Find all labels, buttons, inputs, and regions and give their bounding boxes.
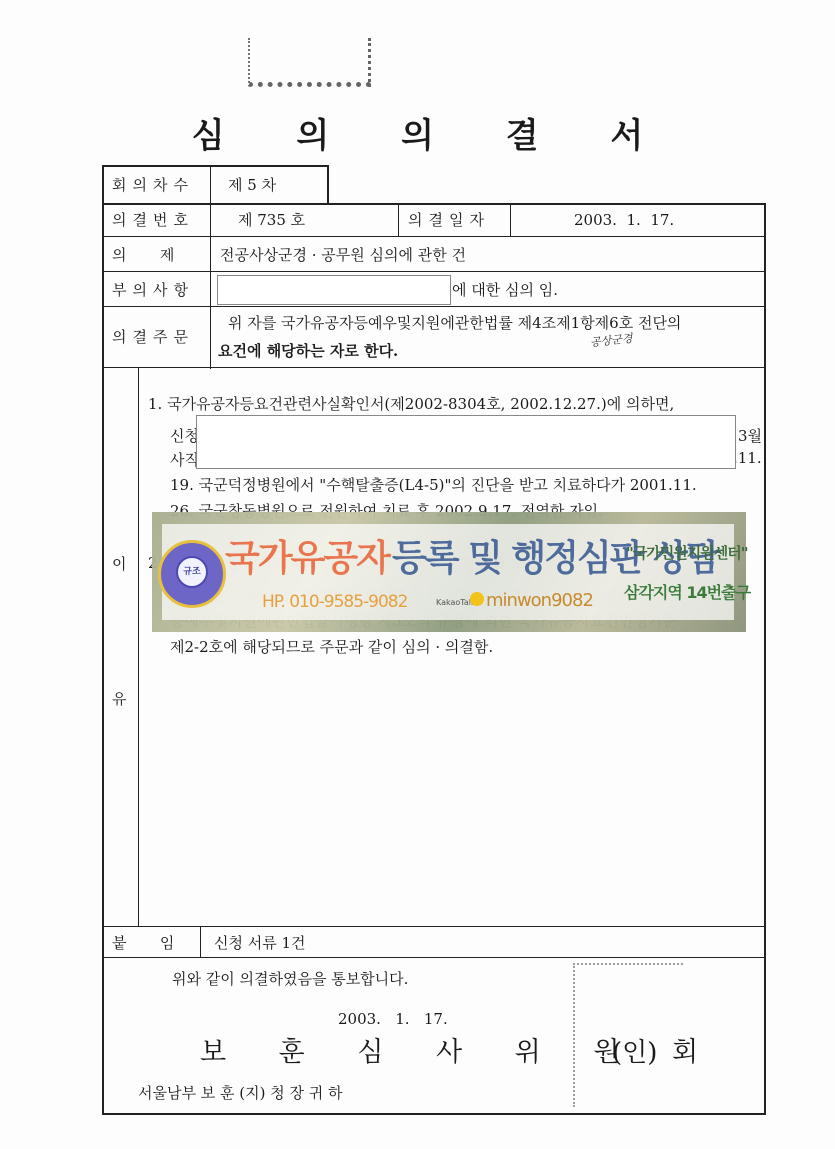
redacted-name-box [217,275,451,305]
handwritten-annotation: 공상군경 [589,330,633,350]
reason-line: 신청 [170,425,199,446]
emblem-core-icon: 규조 [176,556,208,588]
reason-label-2: 유 [112,690,127,708]
recipient: 서울남부 보 훈 (지) 청 장 귀 하 [138,1084,342,1102]
resolution-date-value: 2003. 1. 17. [574,211,674,229]
table-border [102,203,766,205]
table-border [102,957,766,958]
page-title: 심 의 의 결 서 [0,108,835,157]
table-border [102,236,766,237]
reason-line: 제2-2호에 해당되므로 주문과 같이 심의 · 의결함. [170,636,493,657]
reason-line: 사직 [170,449,199,470]
table-border [102,306,766,307]
resolution-date-label: 의결일자 [408,211,490,229]
table-border-left [102,165,104,1115]
reason-line: .11. [733,449,762,467]
table-border [102,165,328,167]
table-border-right [764,203,766,1115]
banner-kakao-id[interactable]: minwon9082 [486,590,593,611]
decision-line-2: 요건에 해당하는 자로 한다. [218,342,398,360]
enclosure-value: 신청 서류 1건 [214,934,306,952]
banner-center-name: "국가민원지원센터" [626,542,748,563]
table-divider [398,203,399,237]
banner-location: 삼각지역 14번출구 [624,580,750,603]
reason-line: 3월 [738,425,762,446]
table-border [102,926,766,927]
table-divider [210,165,211,369]
meeting-round-label: 회의차수 [112,176,194,194]
notice-date: 2003. 1. 17. [338,1010,448,1028]
table-border [327,165,329,203]
resolution-no-label: 의결번호 [112,211,194,229]
referral-label: 부의사항 [112,281,194,299]
agenda-label: 의 제 [112,246,174,264]
reason-line: 1. 국가유공자등요건관련사실확인서(제2002-8304호, 2002.12.… [148,393,674,414]
decision-label: 의결주문 [112,328,194,346]
table-border [102,271,766,272]
banner-title-red: 국가유공자 [225,530,389,581]
reason-line: 19. 국군덕정병원에서 "수핵탈출증(L4-5)"의 진단을 받고 치료하다가… [170,474,697,495]
table-divider [138,367,139,927]
scan-stamp-mark [248,38,371,87]
referral-suffix: 에 대한 심의 임. [452,281,558,299]
banner-phone[interactable]: HP. 010-9585-9082 [262,592,407,612]
redacted-details-box [196,415,736,469]
notice-text: 위와 같이 의결하였음을 통보합니다. [172,970,408,988]
resolution-no-value: 제 735 호 [238,211,305,229]
reason-label-1: 이 [112,555,127,573]
table-border [102,367,766,368]
table-border-bottom [102,1113,766,1115]
meeting-round-value: 제 5 차 [228,176,276,194]
table-divider [510,203,511,237]
decision-line-1: 위 자를 국가유공자등예우및지원에관한법률 제4조제1항제6호 전단의 [228,314,681,332]
table-divider [200,926,201,957]
kakaotalk-icon [470,592,484,606]
agenda-value: 전공사상군경 · 공무원 심의에 관한 건 [220,246,466,264]
seal-stamp-outline [573,963,683,1107]
enclosure-label: 붙 임 [112,934,174,952]
